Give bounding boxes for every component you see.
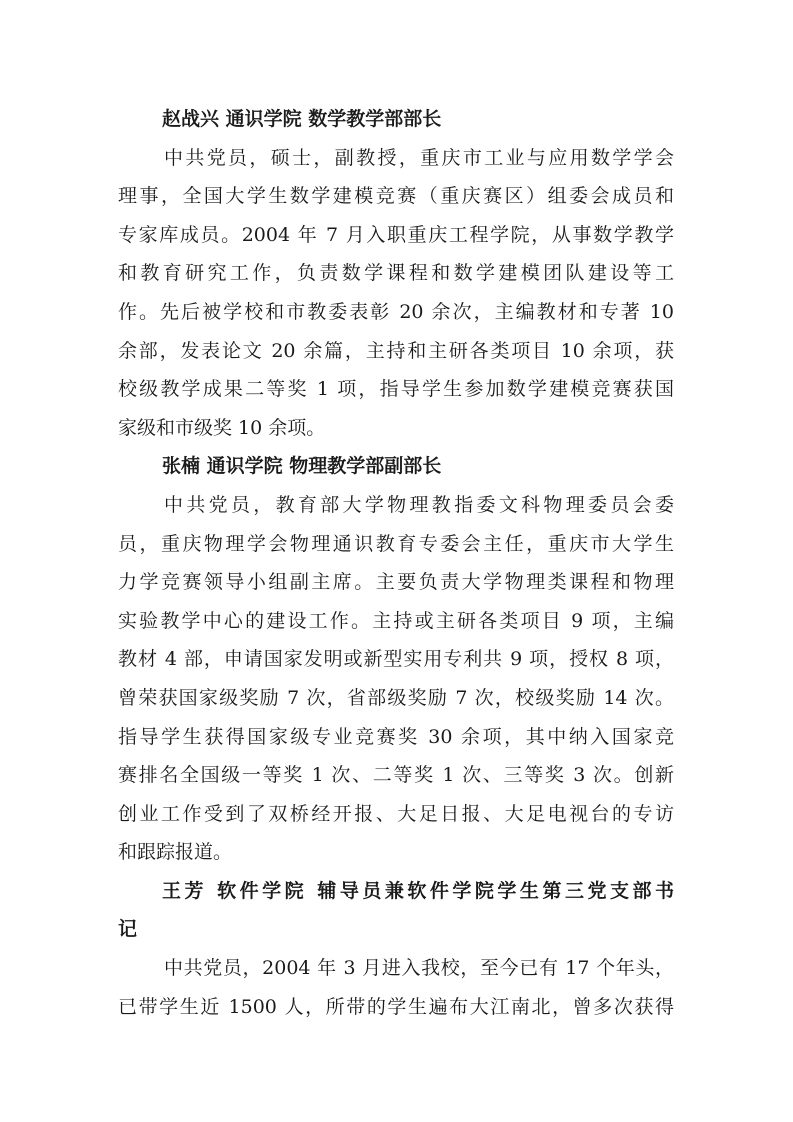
- body-line: 校级教学成果二等奖 1 项，指导学生参加数学建模竞赛获国: [118, 370, 674, 409]
- profile-heading-continued: 记: [118, 910, 674, 949]
- profile-heading: 赵战兴 通识学院 数学教学部部长: [118, 100, 674, 139]
- profile-heading: 张楠 通识学院 物理教学部副部长: [118, 447, 674, 486]
- body-line: 教材 4 部，申请国家发明或新型实用专利共 9 项，授权 8 项，: [118, 640, 674, 679]
- document-page: 赵战兴 通识学院 数学教学部部长 中共党员，硕士，副教授，重庆市工业与应用数学学…: [118, 100, 674, 1026]
- profile-section-zhang: 张楠 通识学院 物理教学部副部长 中共党员，教育部大学物理教指委文科物理委员会委…: [118, 447, 674, 872]
- body-line: 创业工作受到了双桥经开报、大足日报、大足电视台的专访: [118, 795, 674, 834]
- body-line: 理事，全国大学生数学建模竞赛（重庆赛区）组委会成员和: [118, 177, 674, 216]
- body-line: 中共党员，2004 年 3 月进入我校，至今已有 17 个年头，: [118, 949, 674, 988]
- body-line: 和跟踪报道。: [118, 833, 674, 872]
- body-line: 作。先后被学校和市教委表彰 20 余次，主编教材和专著 10: [118, 293, 674, 332]
- body-line: 曾荣获国家级奖励 7 次，省部级奖励 7 次，校级奖励 14 次。: [118, 679, 674, 718]
- body-line: 和教育研究工作，负责数学课程和数学建模团队建设等工: [118, 254, 674, 293]
- body-line: 员，重庆物理学会物理通识教育专委会主任，重庆市大学生: [118, 525, 674, 564]
- profile-section-zhao: 赵战兴 通识学院 数学教学部部长 中共党员，硕士，副教授，重庆市工业与应用数学学…: [118, 100, 674, 447]
- profile-section-wang: 王芳 软件学院 辅导员兼软件学院学生第三党支部书 记 中共党员，2004 年 3…: [118, 872, 674, 1026]
- body-line: 赛排名全国级一等奖 1 次、二等奖 1 次、三等奖 3 次。创新: [118, 756, 674, 795]
- profile-heading: 王芳 软件学院 辅导员兼软件学院学生第三党支部书: [118, 872, 674, 911]
- body-line: 中共党员，教育部大学物理教指委文科物理委员会委: [118, 486, 674, 525]
- body-line: 指导学生获得国家级专业竞赛奖 30 余项，其中纳入国家竞: [118, 718, 674, 757]
- body-line: 已带学生近 1500 人，所带的学生遍布大江南北，曾多次获得: [118, 988, 674, 1027]
- body-line: 实验教学中心的建设工作。主持或主研各类项目 9 项，主编: [118, 602, 674, 641]
- body-line: 中共党员，硕士，副教授，重庆市工业与应用数学学会: [118, 139, 674, 178]
- body-line: 专家库成员。2004 年 7 月入职重庆工程学院，从事数学教学: [118, 216, 674, 255]
- body-line: 力学竞赛领导小组副主席。主要负责大学物理类课程和物理: [118, 563, 674, 602]
- body-line: 余部，发表论文 20 余篇，主持和主研各类项目 10 余项，获: [118, 332, 674, 371]
- body-line: 家级和市级奖 10 余项。: [118, 409, 674, 448]
